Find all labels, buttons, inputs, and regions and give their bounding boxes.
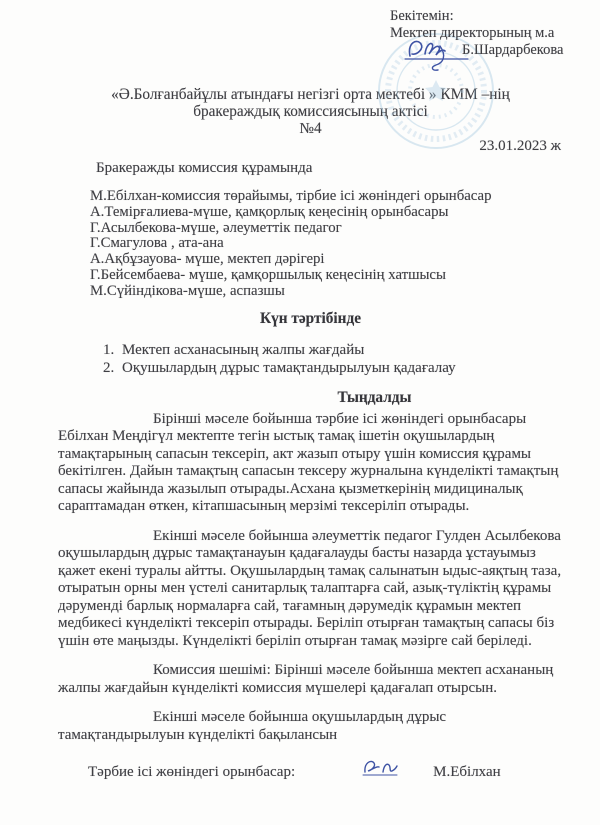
- agenda-item-text: Оқушылардың дұрыс тамақтандырылуын қадағ…: [122, 359, 456, 377]
- title-block: «Ә.Болғанбайұлы атындағы негізгі орта ме…: [58, 86, 563, 137]
- commission-member: Г.Асылбекова-мүше, әлеуметтік педагог: [90, 221, 563, 237]
- agenda-item-text: Мектеп асханасының жалпы жағдайы: [122, 341, 364, 359]
- deputy-signature-icon: [357, 755, 405, 781]
- commission-heading: Бракеражды комиссия құрамында: [96, 160, 563, 176]
- commission-member: Г.Смагулова , ата-ана: [90, 236, 563, 252]
- document-title-line2: бракераждық комиссиясының актісі: [58, 103, 563, 120]
- agenda-list: 1. Мектеп асханасының жалпы жағдайы 2. О…: [58, 341, 563, 377]
- approval-block: Бекітемін: Мектеп директорының м.а Б.Шар…: [390, 8, 563, 68]
- commission-members: М.Ебілхан-комиссия төрайымы, тірбие ісі …: [58, 189, 563, 300]
- commission-member: М.Ебілхан-комиссия төрайымы, тірбие ісі …: [90, 189, 563, 205]
- approval-label: Бекітемін:: [390, 8, 563, 25]
- signature-row: Тәрбие ісі жөніндегі орынбасар: М.Ебілха…: [58, 763, 563, 781]
- paragraph-commission-decision: Комиссия шешімі: Бірінші мәселе бойынша …: [58, 662, 563, 697]
- document-date: 23.01.2023 ж: [58, 138, 563, 154]
- director-signature-icon: [402, 34, 482, 72]
- agenda-item-number: 1.: [103, 341, 122, 359]
- heard-heading: Тыңдалды: [122, 389, 600, 407]
- agenda-item-number: 2.: [103, 359, 122, 377]
- agenda-item: 1. Мектеп асханасының жалпы жағдайы: [103, 341, 563, 359]
- paragraph-second-decision: Екінші мәселе бойынша оқушылардың дұрыс …: [58, 709, 563, 744]
- commission-member: А.Ақбұзауова- мүше, мектеп дәрігері: [90, 252, 563, 268]
- document-page: Бекітемін: Мектеп директорының м.а Б.Шар…: [0, 0, 600, 825]
- document-number: №4: [58, 120, 563, 137]
- paragraph-first-issue: Бірінші мәселе бойынша тәрбие ісі жөнінд…: [58, 411, 563, 516]
- paragraph-second-issue: Екінші мәселе бойынша әлеуметтік педагог…: [58, 528, 563, 651]
- agenda-heading: Күн тәртібінде: [58, 310, 563, 328]
- document-title-line1: «Ә.Болғанбайұлы атындағы негізгі орта ме…: [58, 86, 563, 103]
- footer-role: Тәрбие ісі жөніндегі орынбасар:: [88, 764, 295, 781]
- commission-member: А.Темірғалиева-мүше, қамқорлық кеңесінің…: [90, 205, 563, 221]
- footer-signer: М.Ебілхан: [433, 764, 501, 781]
- commission-member: Г.Бейсембаева- мүше, қамқоршылық кеңесін…: [90, 268, 563, 284]
- agenda-item: 2. Оқушылардың дұрыс тамақтандырылуын қа…: [103, 359, 563, 377]
- commission-member: М.Сүйіндікова-мүше, аспазшы: [90, 284, 563, 300]
